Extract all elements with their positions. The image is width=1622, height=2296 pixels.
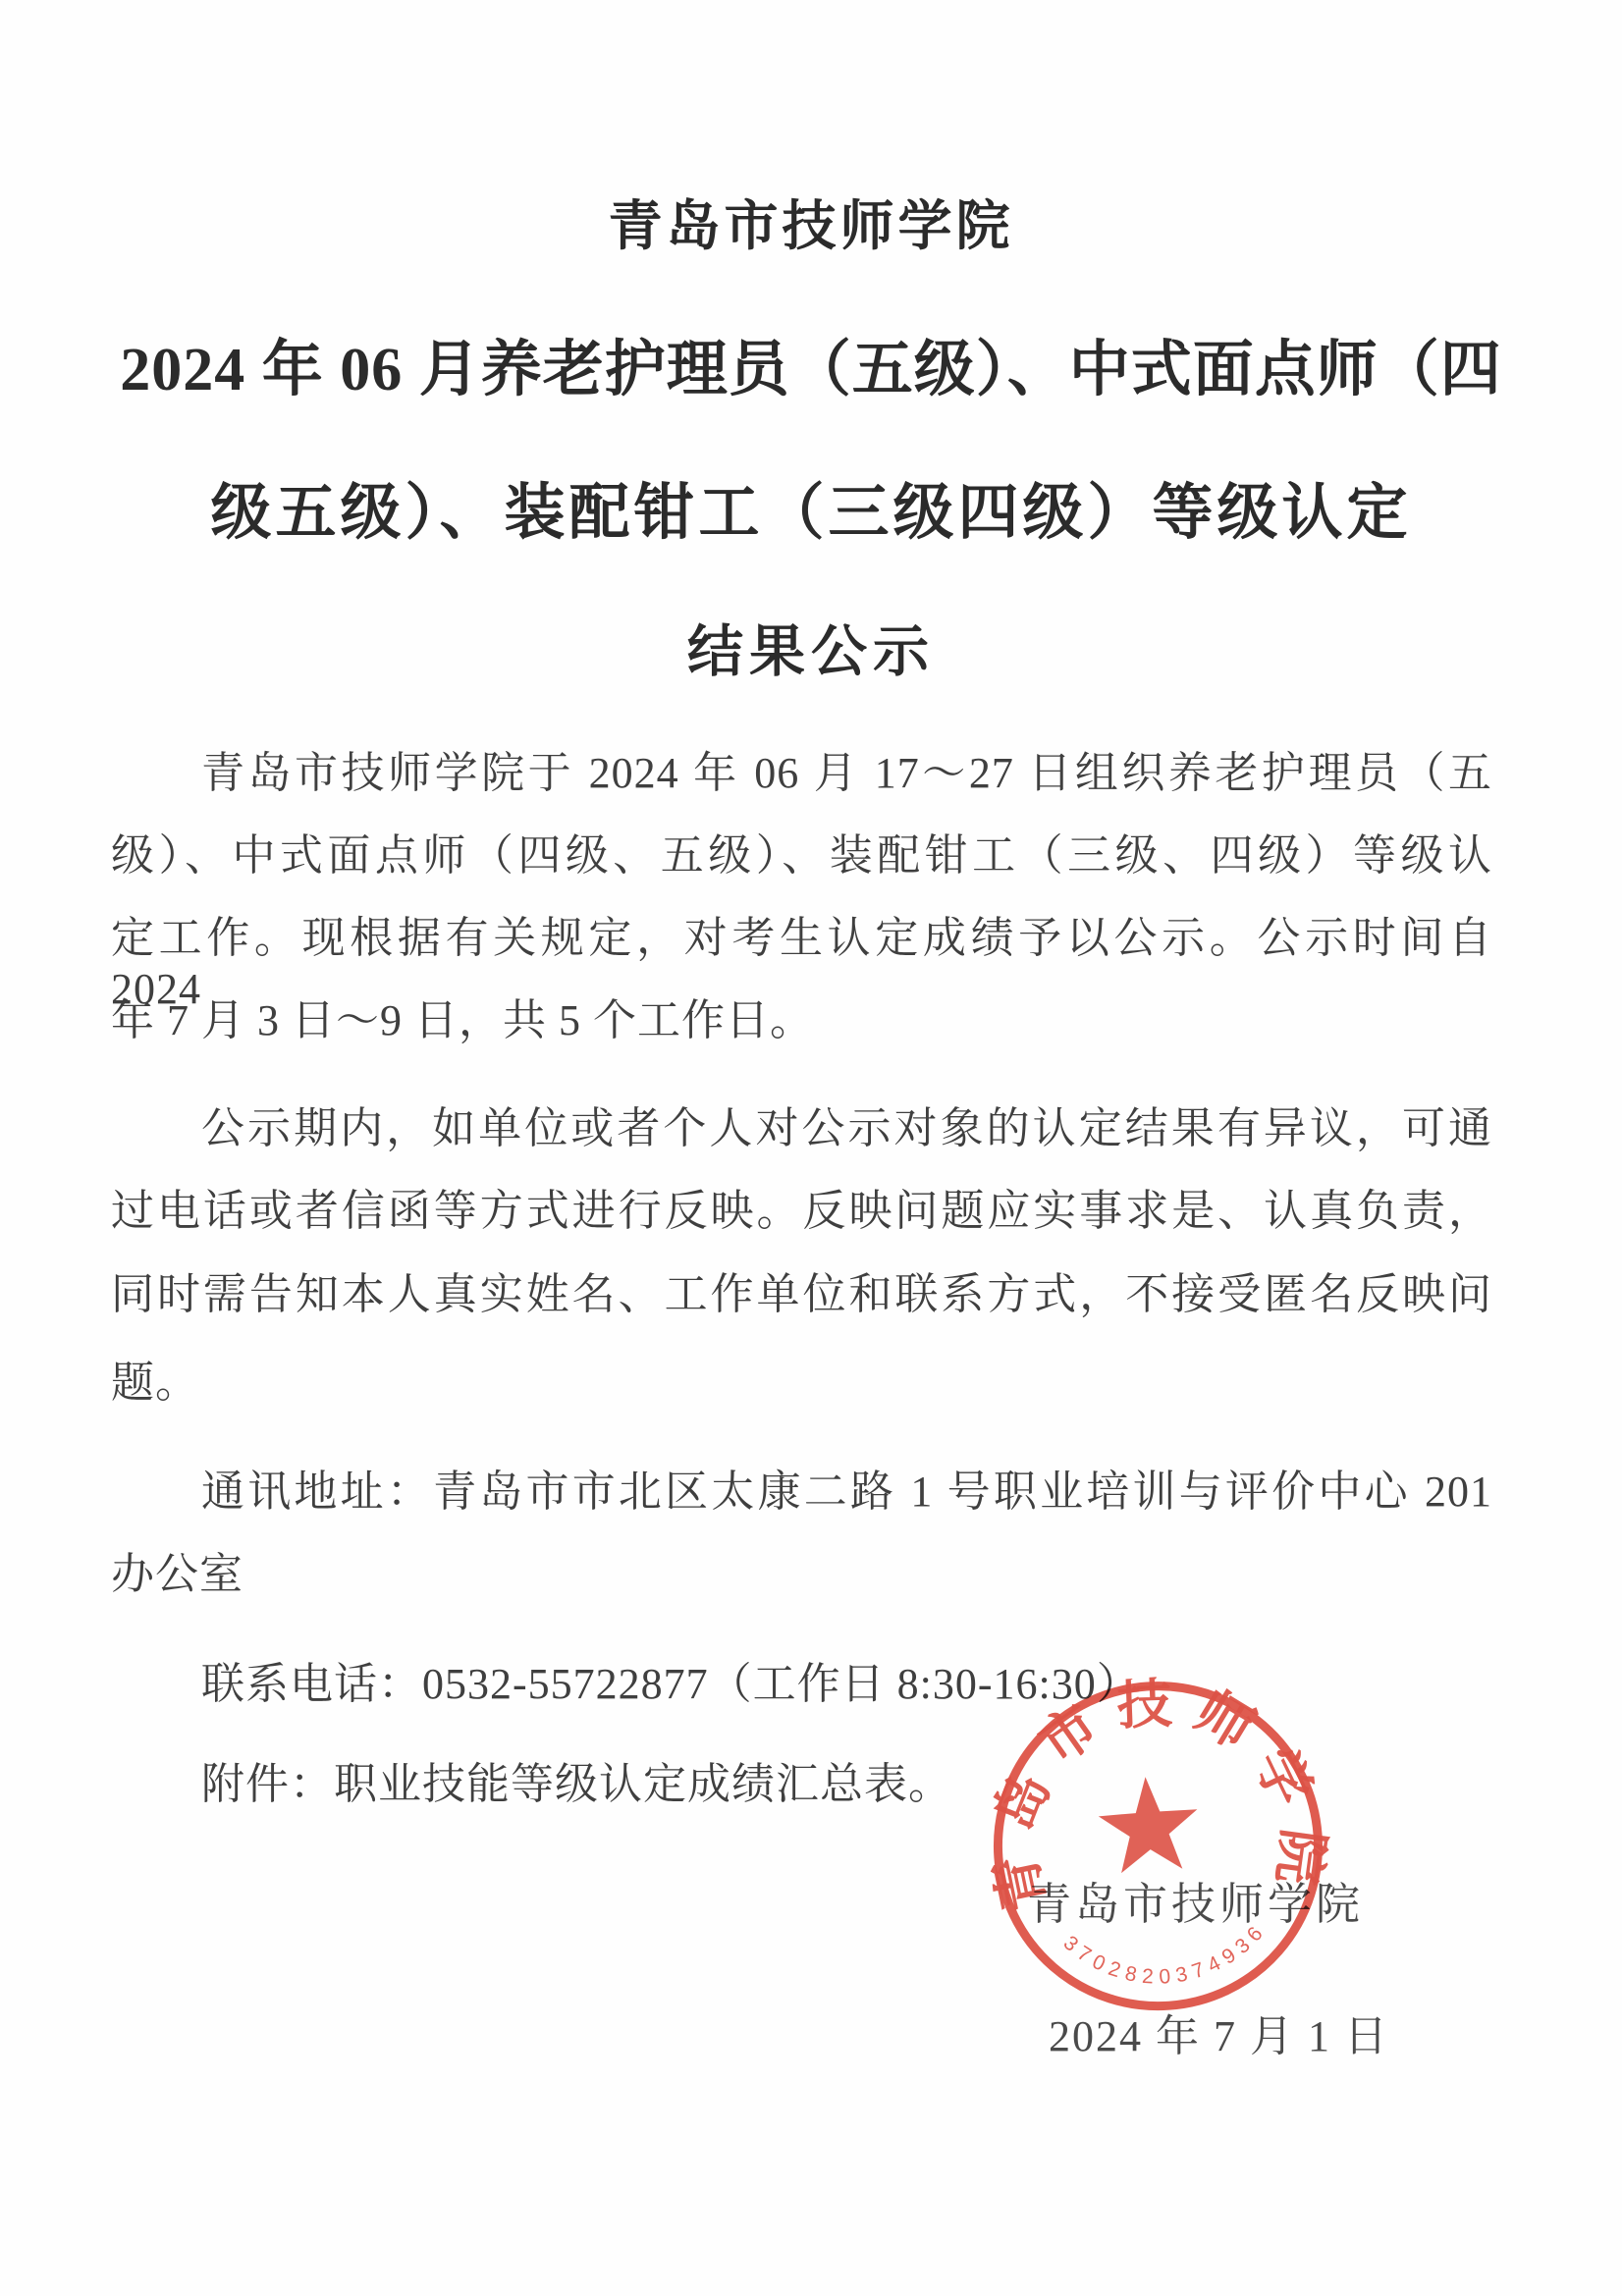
body-line: 青岛市技师学院于 2024 年 06 月 17～27 日组织养老护理员（五 — [201, 748, 1492, 799]
svg-text:青岛市技师学院: 青岛市技师学院 — [978, 1665, 1338, 1928]
body-line: 级）、中式面点师（四级、五级）、装配钳工（三级、四级）等级认 — [111, 830, 1492, 881]
address-line: 通讯地址：青岛市市北区太康二路 1 号职业培训与评价中心 201 — [201, 1467, 1492, 1518]
body-line: 年 7 月 3 日～9 日，共 5 个工作日。 — [111, 995, 814, 1046]
seal-star-icon — [1096, 1774, 1201, 1875]
document-heading-line-3: 级五级）、装配钳工（三级四级）等级认定 — [0, 463, 1622, 551]
body-line: 过电话或者信函等方式进行反映。反映问题应实事求是、认真负责， — [111, 1186, 1492, 1237]
seal-arc-text: 青岛市技师学院 — [978, 1665, 1338, 1928]
attachment-line: 附件：职业技能等级认定成绩汇总表。 — [201, 1759, 952, 1810]
document-title: 青岛市技师学院 — [0, 183, 1622, 260]
address-line: 办公室 — [111, 1549, 243, 1600]
document-heading-line-2: 2024 年 06 月养老护理员（五级）、中式面点师（四 — [0, 320, 1622, 407]
official-seal: 青岛市技师学院 3702820374936 — [978, 1665, 1355, 2042]
document-page: 青岛市技师学院 2024 年 06 月养老护理员（五级）、中式面点师（四 级五级… — [0, 0, 1622, 2296]
body-line: 同时需告知本人真实姓名、工作单位和联系方式，不接受匿名反映问 — [111, 1269, 1492, 1320]
document-heading-line-4: 结果公示 — [0, 607, 1622, 687]
body-line: 题。 — [111, 1358, 199, 1409]
body-line: 公示期内，如单位或者个人对公示对象的认定结果有异议，可通 — [201, 1103, 1492, 1154]
